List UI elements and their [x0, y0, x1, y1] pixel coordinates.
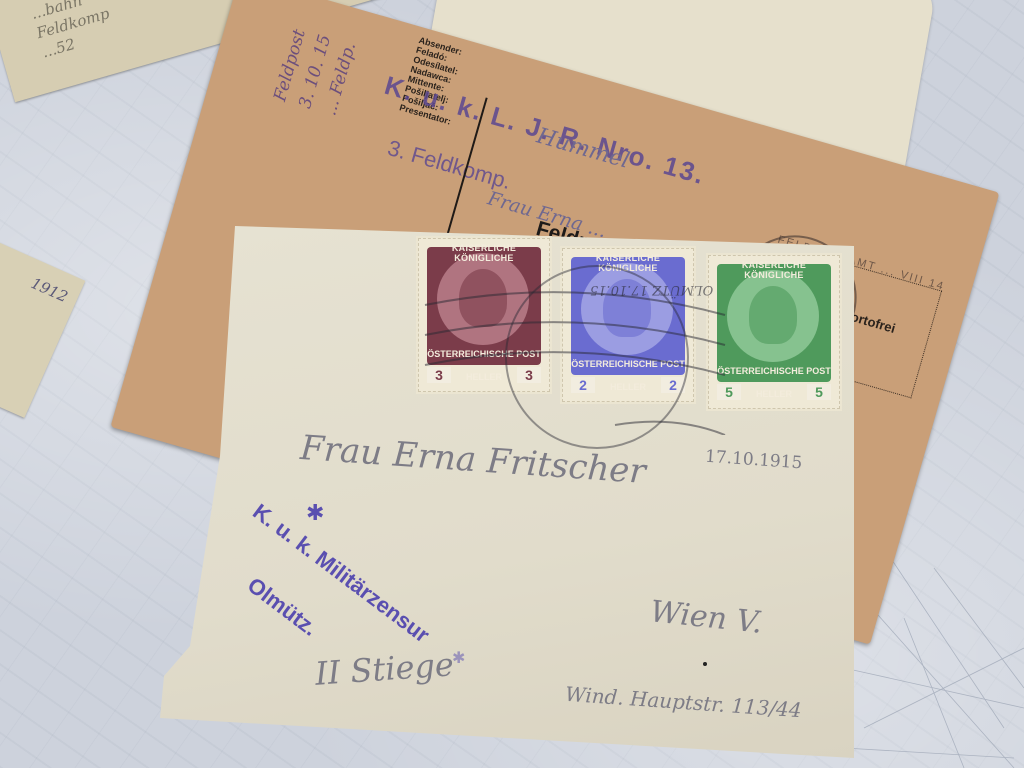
cancellation-wavy-lines: [415, 275, 735, 435]
ink-dot: [703, 662, 707, 666]
unit-stamp-line2: 3. Feldkomp.: [385, 135, 514, 195]
stamp-text-top: KAISERLICHE KÖNIGLICHE: [427, 243, 541, 263]
star-icon: ✱: [452, 648, 465, 668]
handwriting: 1912: [28, 274, 70, 306]
portrait-icon: [749, 286, 797, 344]
handwriting-left-margin: Feldpost 3. 10. 15 ... Feldp.: [267, 25, 363, 119]
stamp-value: 5: [807, 384, 831, 400]
stamp-currency: HELLER: [745, 389, 803, 399]
handwriting: ...bahn Feldkomp ...52: [29, 0, 117, 62]
cancellation-text: OLMÜTZ 17.10.15: [590, 282, 713, 297]
